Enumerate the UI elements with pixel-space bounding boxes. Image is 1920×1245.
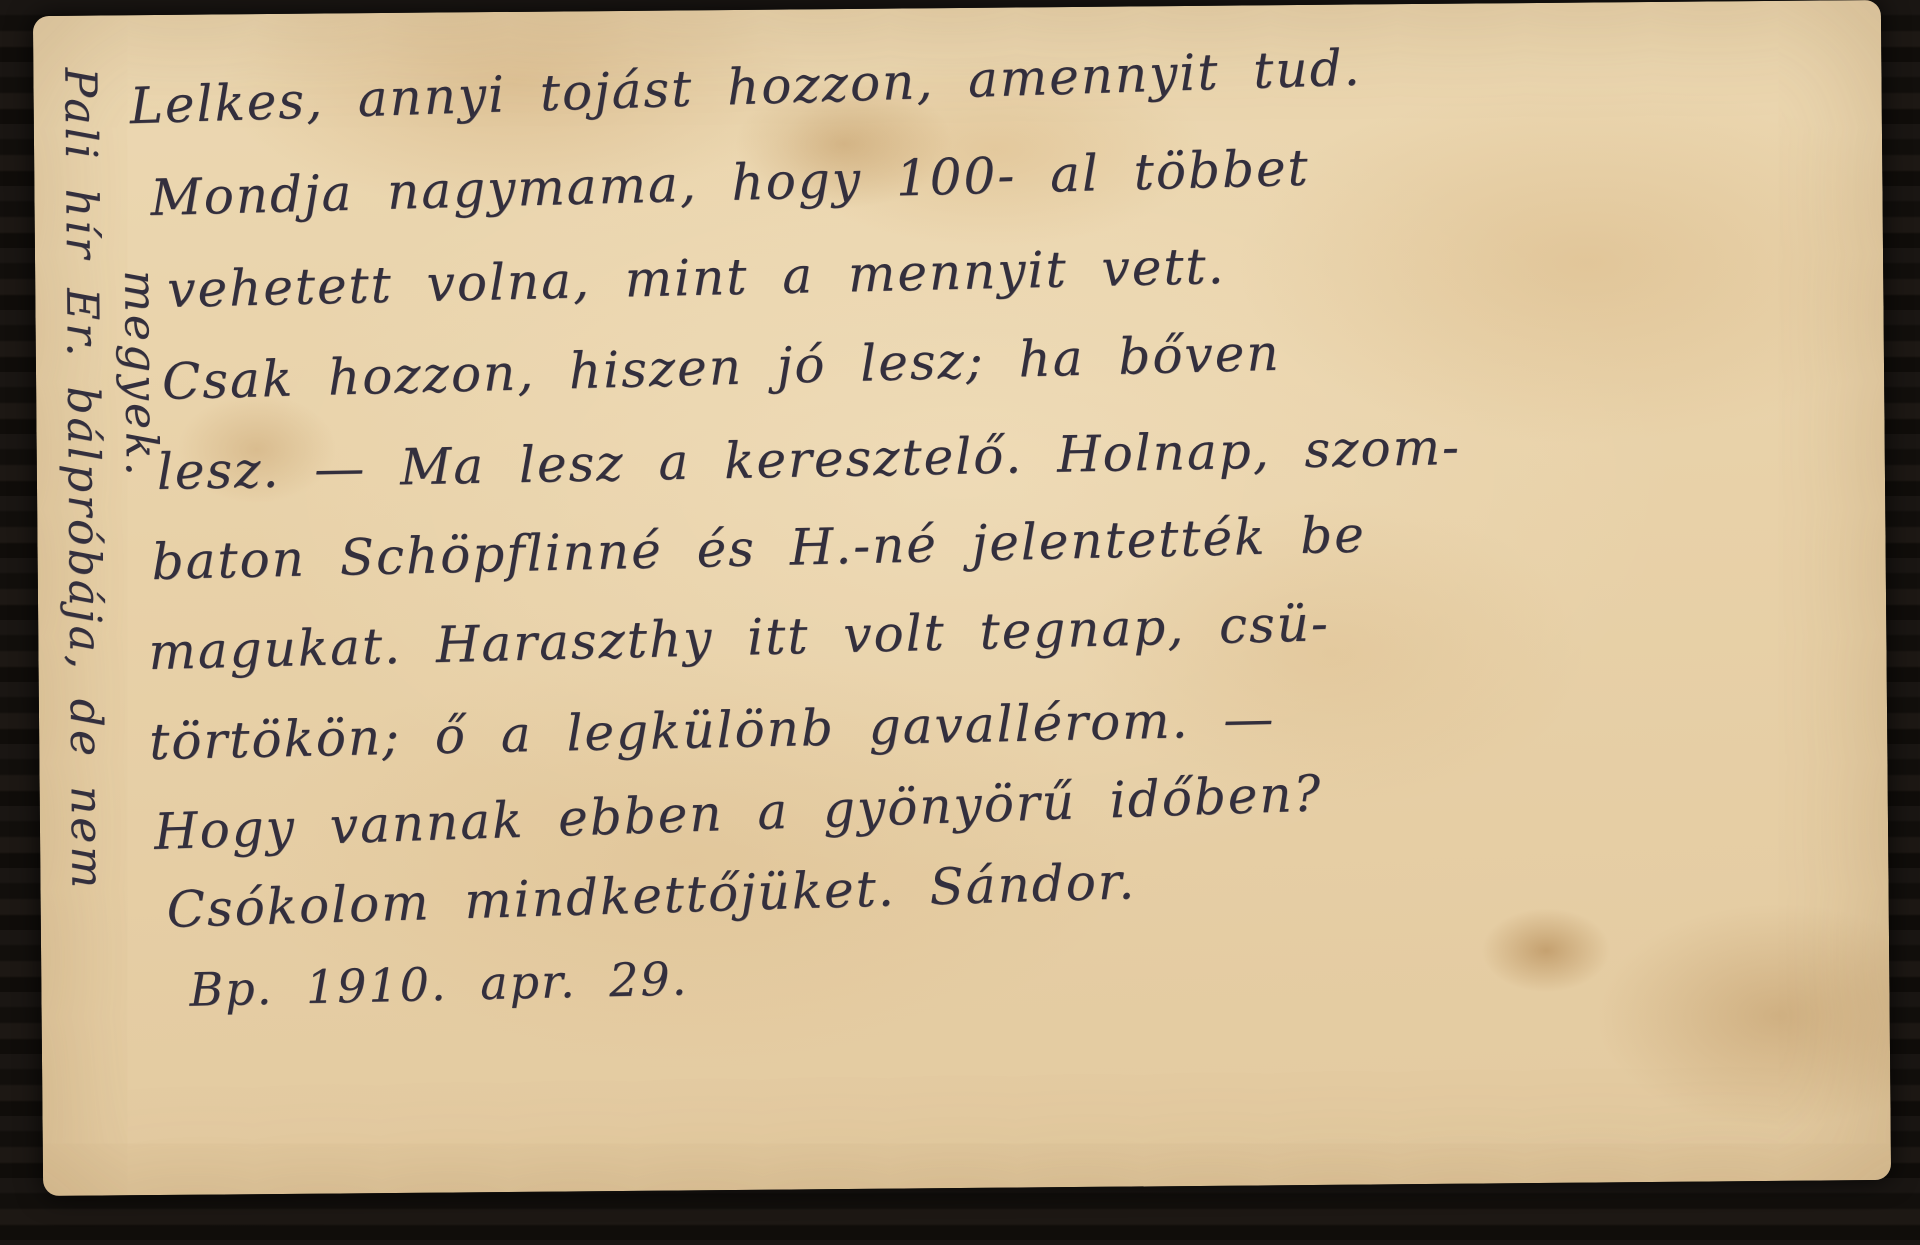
handwritten-line-5: lesz. — Ma lesz a keresztelő. Holnap, sz… xyxy=(156,418,1461,501)
handwritten-line-1: Lelkes, annyi tojást hozzon, amennyit tu… xyxy=(129,39,1363,136)
handwritten-line-7: magukat. Haraszthy itt volt tegnap, csü- xyxy=(148,594,1331,681)
handwritten-line-10-signature: Csókolom mindkettőjüket. Sándor. xyxy=(166,852,1137,939)
margin-note-line-2: megyek. xyxy=(114,270,167,479)
handwritten-line-11-dateline: Bp. 1910. apr. 29. xyxy=(189,951,689,1016)
handwritten-line-2: Mondja nagymama, hogy 100- al többet xyxy=(150,139,1311,227)
handwritten-line-3: vehetett volna, mint a mennyit vett. xyxy=(167,237,1226,319)
photo-background: Lelkes, annyi tojást hozzon, amennyit tu… xyxy=(0,0,1920,1245)
handwritten-line-9: Hogy vannak ebben a gyönyörű időben? xyxy=(153,764,1323,861)
handwritten-line-4: Csak hozzon, hiszen jó lesz; ha bőven xyxy=(161,324,1281,411)
paper-stain xyxy=(1481,907,1612,993)
handwritten-line-8: törtökön; ő a legkülönb gavallérom. — xyxy=(149,690,1276,772)
handwritten-line-6: baton Schöpflinné és H.-né jelentették b… xyxy=(151,506,1366,592)
postcard: Lelkes, annyi tojást hozzon, amennyit tu… xyxy=(33,0,1891,1196)
margin-note-line-1: Pali hír Er. bálpróbája, de nem xyxy=(54,67,112,891)
